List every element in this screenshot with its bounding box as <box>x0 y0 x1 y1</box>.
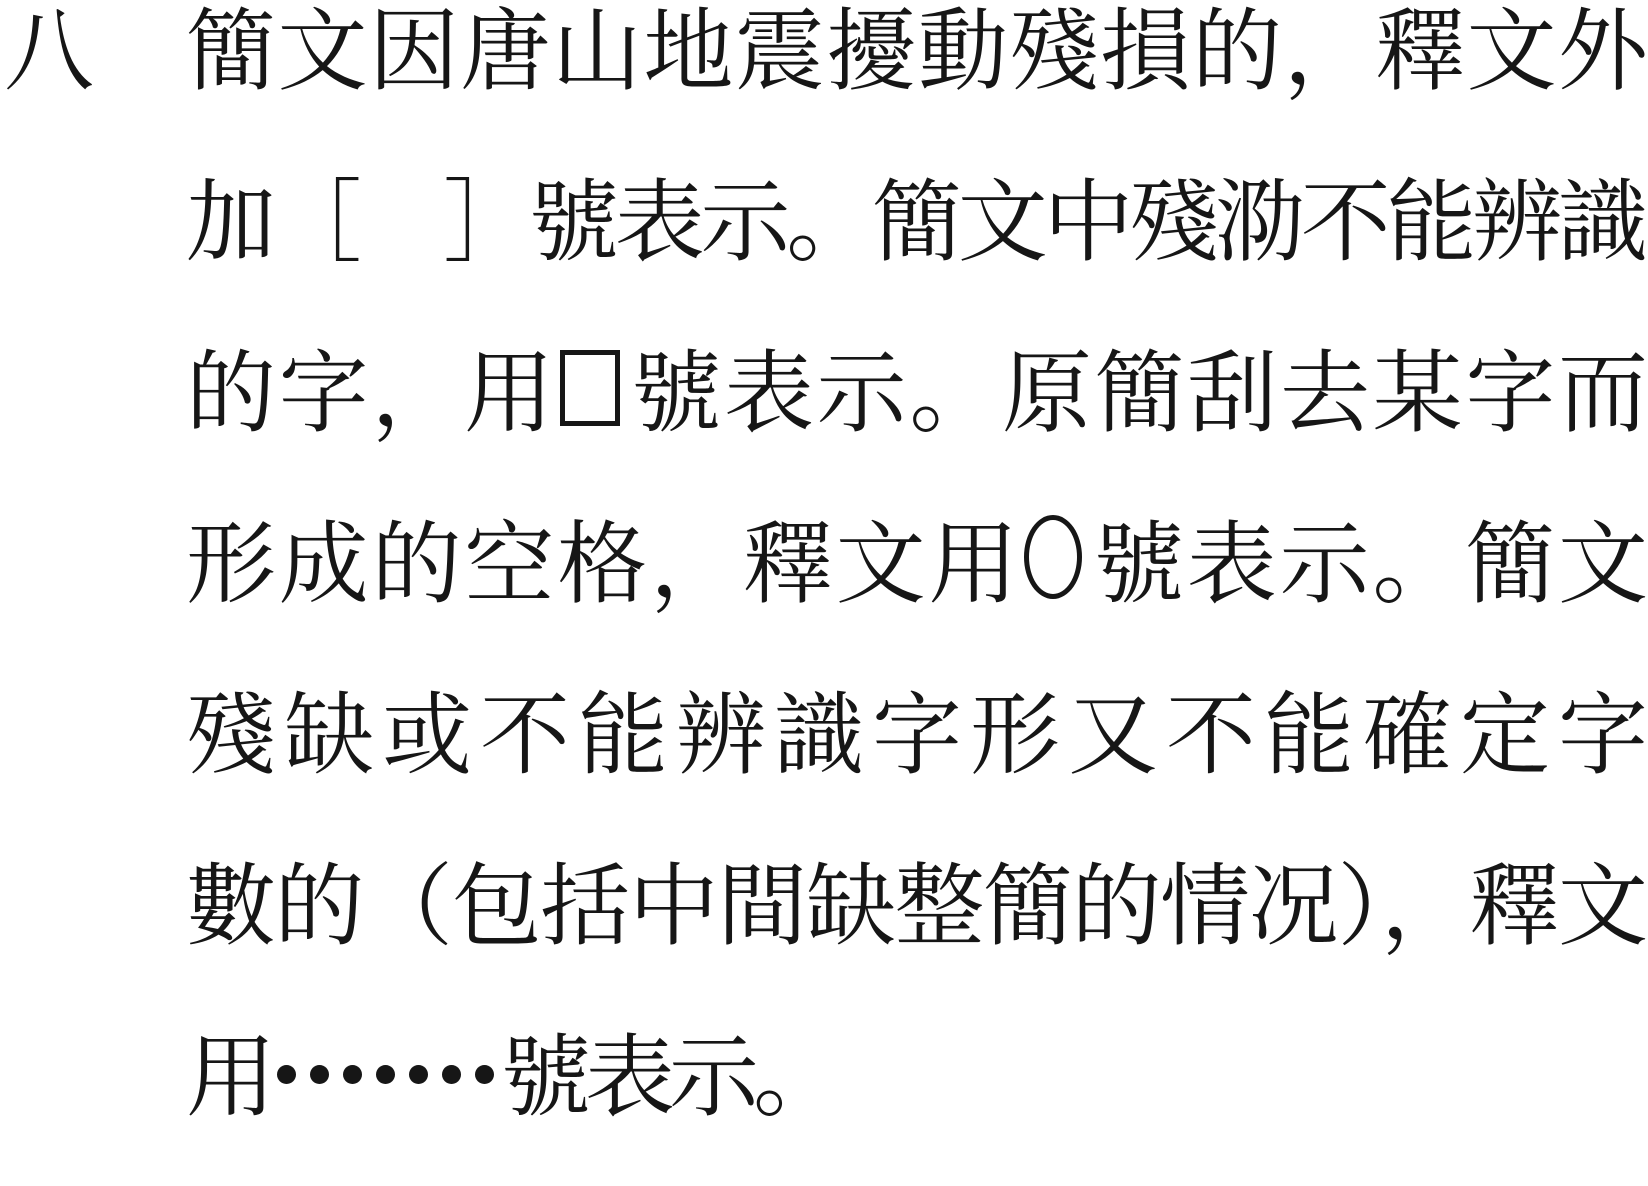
item-number: 八 <box>4 0 94 137</box>
empty-box-symbol <box>560 350 620 426</box>
text-line: 形成的空格，釋文用號表示。簡文 <box>186 479 1642 650</box>
text-run: 形成的空格，釋文用 <box>186 512 1021 617</box>
ellipsis-dot <box>376 1065 395 1084</box>
ellipsis-dot <box>475 1065 494 1084</box>
text-run: 號表示。原簡刮去某字而 <box>623 341 1642 446</box>
text-run: 號表示。簡文 <box>1085 512 1642 617</box>
text-run: 用 <box>186 1025 270 1130</box>
text-run: 殘缺或不能辨識字形又不能確定字 <box>186 683 1642 788</box>
paragraph-body: 簡文因唐山地震擾動殘損的，釋文外加［ ］號表示。簡文中殘泐不能辨識的字，用號表示… <box>186 0 1642 1163</box>
text-run: 加［ ］號表示。簡文中殘泐不能辨識 <box>186 170 1642 275</box>
ellipsis-dot <box>409 1065 428 1084</box>
text-line: 數的（包括中間缺整簡的情况），釋文 <box>186 821 1642 992</box>
page: 八 簡文因唐山地震擾動殘損的，釋文外加［ ］號表示。簡文中殘泐不能辨識的字，用號… <box>0 0 1648 1186</box>
erasure-circle-symbol <box>1024 515 1082 599</box>
ellipsis-dot <box>343 1065 362 1084</box>
text-run: 簡文因唐山地震擾動殘損的，釋文外 <box>186 0 1642 104</box>
text-run: 數的（包括中間缺整簡的情况），釋文 <box>186 854 1642 959</box>
ellipsis-dot <box>310 1065 329 1084</box>
ellipsis-dot <box>442 1065 461 1084</box>
text-line: 加［ ］號表示。簡文中殘泐不能辨識 <box>186 137 1642 308</box>
text-line: 用號表示。 <box>186 992 1642 1163</box>
text-line: 簡文因唐山地震擾動殘損的，釋文外 <box>186 0 1642 137</box>
text-run: 號表示。 <box>501 1025 837 1130</box>
text-run: 的字，用 <box>186 341 557 446</box>
text-line: 的字，用號表示。原簡刮去某字而 <box>186 308 1642 479</box>
ellipsis-dot <box>277 1065 296 1084</box>
text-line: 殘缺或不能辨識字形又不能確定字 <box>186 650 1642 821</box>
